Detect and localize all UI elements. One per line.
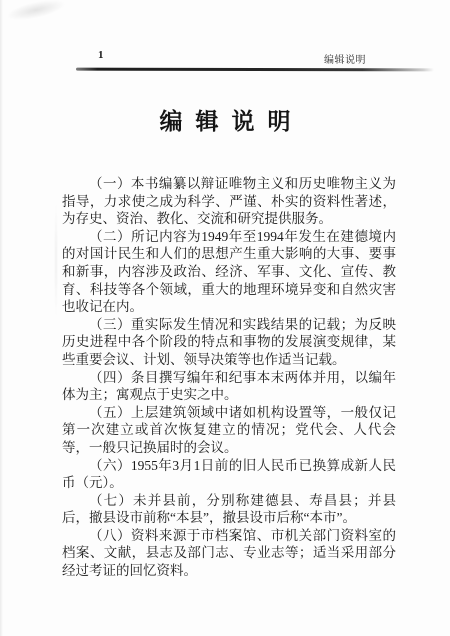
paragraph-3: （三）重实际发生情况和实践结果的记载；为反映历史进程中各个阶段的特点和事物的发展… <box>62 316 396 369</box>
paragraph-4: （四）条目撰写编年和纪事本末两体并用，以编年体为主；寓观点于史实之中。 <box>62 369 396 404</box>
scan-smudge <box>54 205 58 315</box>
paragraph-1: （一）本书编纂以辩证唯物主义和历史唯物主义为指导，力求使之成为科学、严谨、朴实的… <box>62 175 396 228</box>
paragraph-6: （六）1955年3月1日前的旧人民币已换算成新人民币（元）。 <box>62 457 396 492</box>
scan-edge-shadow <box>0 0 3 636</box>
running-head: 编辑说明 <box>324 51 366 66</box>
paragraph-7: （七）未并县前，分别称建德县、寿昌县；并县后，撤县设市前称“本县”，撤县设市后称… <box>62 492 396 527</box>
body-text: （一）本书编纂以辩证唯物主义和历史唯物主义为指导，力求使之成为科学、严谨、朴实的… <box>62 175 396 580</box>
scan-smudge <box>5 0 67 24</box>
paragraph-5: （五）上层建筑领域中诸如机构设置等，一般仅记第一次建立或首次恢复建立的情况；党代… <box>62 404 396 457</box>
scanned-book-page: 1 编辑说明 编辑说明 （一）本书编纂以辩证唯物主义和历史唯物主义为指导，力求使… <box>0 0 450 636</box>
paragraph-8: （八）资料来源于市档案馆、市机关部门资料室的档案、文献，县志及部门志、专业志等；… <box>62 527 396 580</box>
header-rule <box>76 68 434 71</box>
paragraph-2: （二）所记内容为1949年至1994年发生在建德境内的对国计民生和人们的思想产生… <box>62 228 396 316</box>
page-number: 1 <box>98 49 104 61</box>
page-title: 编辑说明 <box>0 103 450 136</box>
